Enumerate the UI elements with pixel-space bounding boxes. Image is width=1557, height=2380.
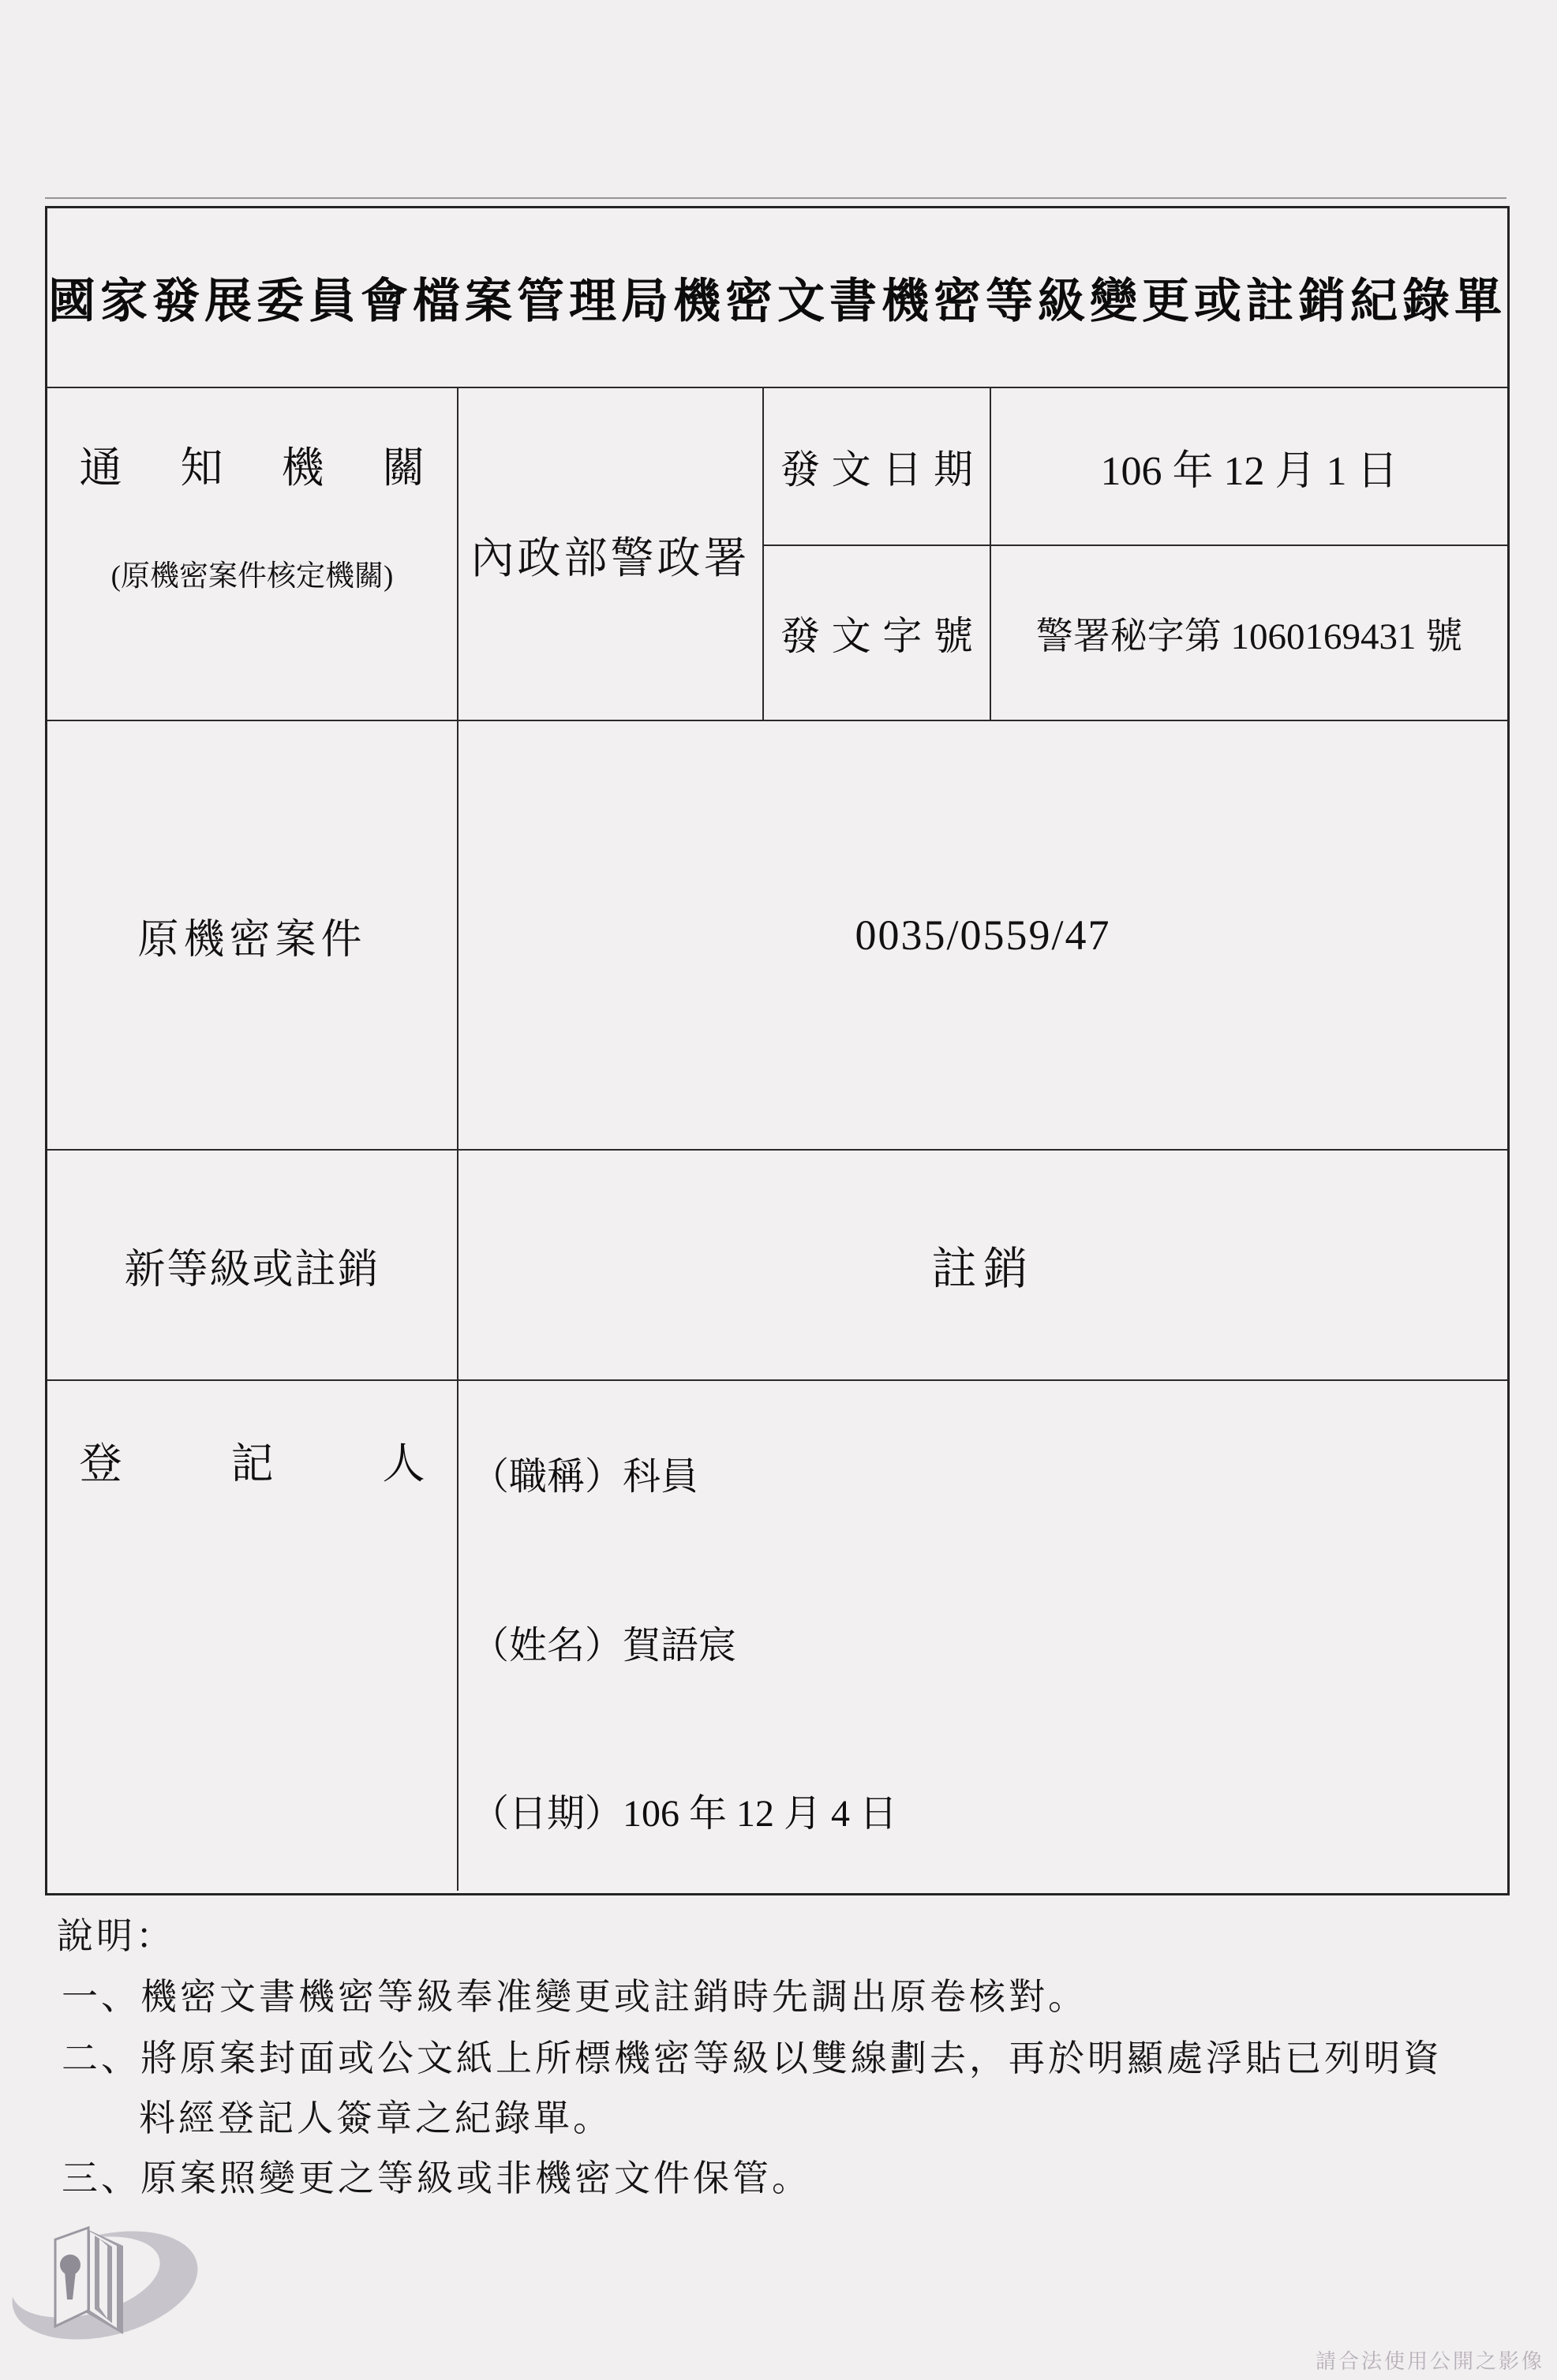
original-case-label: 原機密案件 <box>137 906 366 965</box>
issue-number-label-char: 發 <box>780 604 820 661</box>
notify-agency-label-char: 通 <box>80 434 122 495</box>
issue-number-label: 發 文 字 號 <box>780 604 973 661</box>
notify-agency-value: 內政部警政署 <box>470 523 750 586</box>
archives-book-keyhole-logo-icon <box>6 2214 210 2348</box>
new-level-label: 新等級或註銷 <box>124 1236 380 1295</box>
form-title-cell: 國家發展委員會檔案管理局機密文書機密等級變更或註銷紀錄單 <box>47 208 1507 388</box>
original-case-value: 0035/0559/47 <box>855 911 1110 960</box>
issue-date-label-char: 日 <box>882 438 922 495</box>
issue-date-value: 106 年 12 月 1 日 <box>1100 437 1398 496</box>
issue-date-value-cell: 106 年 12 月 1 日 <box>991 388 1507 546</box>
issue-date-label-char: 期 <box>934 438 973 495</box>
issue-number-label-char: 號 <box>934 604 973 661</box>
registrar-label-char: 登 <box>80 1430 122 1491</box>
issue-date-label-char: 文 <box>832 438 871 495</box>
registrar-label-cell: 登 記 人 <box>47 1381 458 1891</box>
notes-heading: 說明： <box>57 1907 175 1959</box>
issue-date-label-char: 發 <box>780 438 820 495</box>
note-item-2-line-1: 二、將原案封面或公文紙上所標機密等級以雙線劃去，再於明顯處浮貼已列明資 <box>62 2030 1443 2082</box>
notify-agency-label-cell: 通 知 機 關 (原機密案件核定機關) <box>47 388 458 721</box>
notify-agency-label-char: 機 <box>282 434 324 495</box>
registrar-label-char: 人 <box>383 1430 425 1491</box>
original-case-label-cell: 原機密案件 <box>47 721 458 1151</box>
new-level-value: 註銷 <box>932 1233 1035 1297</box>
issue-number-label-char: 字 <box>882 604 922 661</box>
notify-agency-value-cell: 內政部警政署 <box>458 388 764 721</box>
notify-agency-label-char: 知 <box>181 434 223 495</box>
scan-artifact-line-top <box>45 197 1506 199</box>
original-case-value-cell: 0035/0559/47 <box>458 721 1507 1151</box>
notify-agency-label: 通 知 機 關 <box>80 434 425 495</box>
registrar-value-cell: （職稱）科員 （姓名）賀語宸 （日期）106 年 12 月 4 日 <box>458 1381 1507 1891</box>
issue-number-value: 警署秘字第 1060169431 號 <box>1036 607 1463 660</box>
issue-date-label: 發 文 日 期 <box>780 438 973 495</box>
registrar-date-line: （日期）106 年 12 月 4 日 <box>471 1783 1492 1837</box>
registrar-label-char: 記 <box>231 1430 274 1491</box>
note-item-3: 三、原案照變更之等級或非機密文件保管。 <box>62 2150 811 2202</box>
issue-number-label-cell: 發 文 字 號 <box>764 546 991 721</box>
issue-number-label-char: 文 <box>832 604 871 661</box>
notify-agency-sublabel: (原機密案件核定機關) <box>47 552 457 594</box>
issue-number-value-cell: 警署秘字第 1060169431 號 <box>991 546 1507 721</box>
issue-date-label-cell: 發 文 日 期 <box>764 388 991 546</box>
new-level-value-cell: 註銷 <box>458 1151 1507 1381</box>
form-title: 國家發展委員會檔案管理局機密文書機密等級變更或註銷紀錄單 <box>48 264 1506 331</box>
record-form-table: 國家發展委員會檔案管理局機密文書機密等級變更或註銷紀錄單 通 知 機 關 (原機… <box>45 206 1510 1895</box>
notify-agency-label-char: 關 <box>383 434 425 495</box>
note-item-1: 一、機密文書機密等級奉准變更或註銷時先調出原卷核對。 <box>62 1968 1087 2020</box>
new-level-label-cell: 新等級或註銷 <box>47 1151 458 1381</box>
registrar-name-line: （姓名）賀語宸 <box>471 1615 1492 1669</box>
registrar-label: 登 記 人 <box>80 1430 425 1491</box>
note-item-2-line-2: 料經登記人簽章之紀錄單。 <box>139 2090 612 2142</box>
registrar-title-line: （職稱）科員 <box>471 1446 1492 1500</box>
scanned-form-page: 國家發展委員會檔案管理局機密文書機密等級變更或註銷紀錄單 通 知 機 關 (原機… <box>0 0 1557 2380</box>
image-usage-watermark: 請合法使用公開之影像 <box>1316 2345 1544 2374</box>
